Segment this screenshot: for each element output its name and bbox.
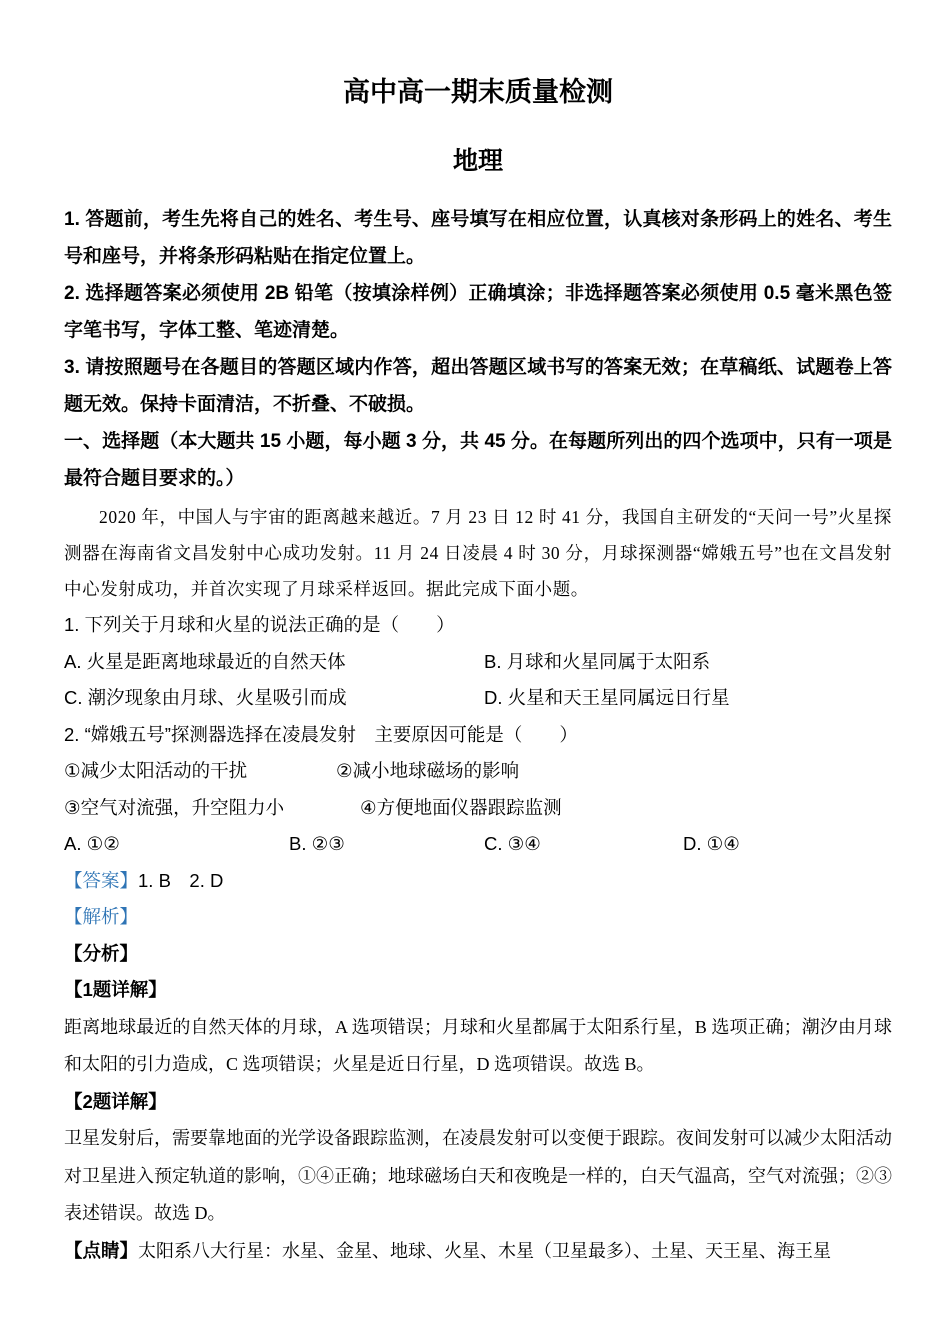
q1-option-d: D. 火星和天王星同属远日行星 (484, 680, 892, 717)
q2-item-4: ④方便地面仪器跟踪监测 (360, 790, 892, 827)
question-1-options: A. 火星是距离地球最近的自然天体 B. 月球和火星同属于太阳系 C. 潮汐现象… (64, 644, 892, 717)
q2-option-b: B. ②③ (289, 826, 484, 863)
q2-option-c: C. ③④ (484, 826, 683, 863)
dianjing-line: 【点睛】太阳系八大行星：水星、金星、地球、火星、木星（卫星最多）、土星、天王星、… (64, 1233, 892, 1271)
section-heading: 一、选择题（本大题共 15 小题，每小题 3 分，共 45 分。在每题所列出的四… (64, 423, 892, 497)
fenxi-label: 【分析】 (64, 936, 892, 973)
jiexi-label: 【解析】 (64, 899, 892, 936)
q1-option-a: A. 火星是距离地球最近的自然天体 (64, 644, 484, 681)
exam-instructions: 1. 答题前，考生先将自己的姓名、考生号、座号填写在相应位置，认真核对条形码上的… (64, 201, 892, 497)
q2-option-a: A. ①② (64, 826, 289, 863)
q1-option-b: B. 月球和火星同属于太阳系 (484, 644, 892, 681)
q2-item-2: ②减小地球磁场的影响 (336, 753, 892, 790)
exam-subject: 地理 (64, 141, 892, 177)
q1-explanation-label: 【1题详解】 (64, 972, 892, 1009)
instruction-3: 3. 请按照题号在各题目的答题区域内作答，超出答题区域书写的答案无效；在草稿纸、… (64, 349, 892, 423)
question-2-options: A. ①② B. ②③ C. ③④ D. ①④ (64, 826, 892, 863)
q2-item-1: ①减少太阳活动的干扰 (64, 753, 336, 790)
question-2-items-row-1: ①减少太阳活动的干扰 ②减小地球磁场的影响 (64, 753, 892, 790)
q2-item-3: ③空气对流强，升空阻力小 (64, 790, 360, 827)
answer-value: 1. B 2. D (138, 870, 223, 891)
question-2-items-row-2: ③空气对流强，升空阻力小 ④方便地面仪器跟踪监测 (64, 790, 892, 827)
instruction-2: 2. 选择题答案必须使用 2B 铅笔（按填涂样例）正确填涂；非选择题答案必须使用… (64, 275, 892, 349)
reading-passage: 2020 年，中国人与宇宙的距离越来越近。7 月 23 日 12 时 41 分，… (64, 499, 892, 607)
question-1-stem: 1. 下列关于月球和火星的说法正确的是（ ） (64, 607, 892, 644)
dianjing-label: 【点睛】 (64, 1240, 138, 1261)
exam-page: 高中高一期末质量检测 地理 1. 答题前，考生先将自己的姓名、考生号、座号填写在… (0, 0, 950, 1344)
q1-explanation-text: 距离地球最近的自然天体的月球，A 选项错误；月球和火星都属于太阳系行星，B 选项… (64, 1009, 892, 1084)
q2-explanation-label: 【2题详解】 (64, 1084, 892, 1121)
answer-label: 【答案】 (64, 870, 138, 891)
question-2-stem: 2. “嫦娥五号”探测器选择在凌晨发射 主要原因可能是（ ） (64, 717, 892, 754)
dianjing-text: 太阳系八大行星：水星、金星、地球、火星、木星（卫星最多）、土星、天王星、海王星 (138, 1241, 831, 1261)
instruction-1: 1. 答题前，考生先将自己的姓名、考生号、座号填写在相应位置，认真核对条形码上的… (64, 201, 892, 275)
q1-option-c: C. 潮汐现象由月球、火星吸引而成 (64, 680, 484, 717)
exam-title: 高中高一期末质量检测 (64, 76, 892, 108)
answer-line: 【答案】1. B 2. D (64, 863, 892, 900)
q2-explanation-text: 卫星发射后，需要靠地面的光学设备跟踪监测，在凌晨发射可以变便于跟踪。夜间发射可以… (64, 1120, 892, 1233)
q2-option-d: D. ①④ (683, 826, 892, 863)
questions-area: 1. 下列关于月球和火星的说法正确的是（ ） A. 火星是距离地球最近的自然天体… (64, 607, 892, 1270)
